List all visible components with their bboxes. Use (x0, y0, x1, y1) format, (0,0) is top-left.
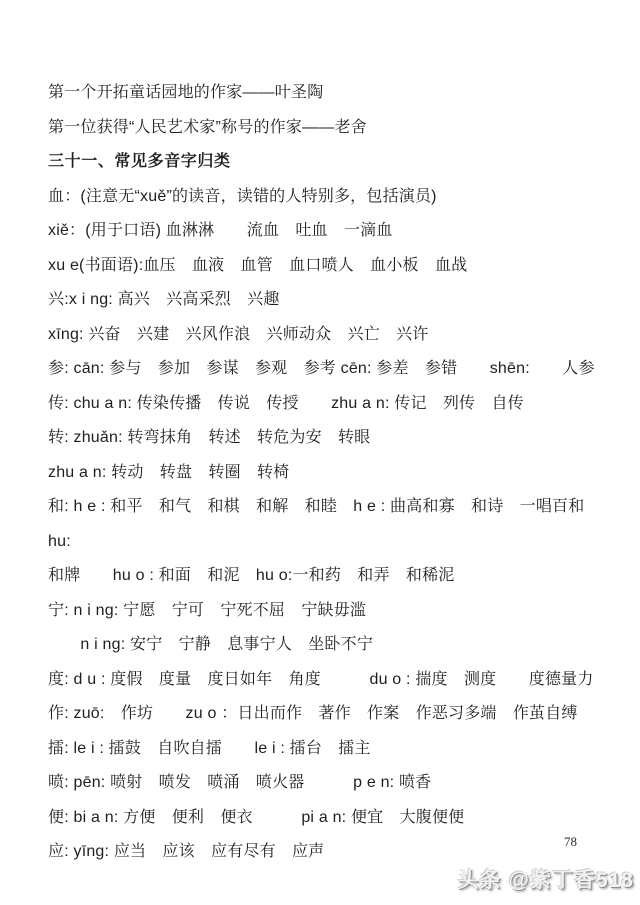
document-content: 第一个开拓童话园地的作家——叶圣陶 第一位获得“人民艺术家”称号的作家——老舍 … (0, 0, 640, 870)
entry-bian: 便: bi a n: 方便 便利 便衣 pi a n: 便宜 大腹便便 (48, 801, 610, 836)
entry-ning-2: n i ng: 安宁 宁静 息事宁人 坐卧不宁 (48, 628, 610, 663)
entry-lei: 擂: le i : 擂鼓 自吹自擂 le i : 擂台 擂主 (48, 732, 610, 767)
entry-he-huo: 和牌 hu o : 和面 和泥 hu o:一和药 和弄 和稀泥 (48, 559, 610, 594)
entry-xue-xie: xiě：(用于口语) 血淋淋 流血 吐血 一滴血 (48, 214, 610, 249)
page-number: 78 (564, 834, 577, 850)
entry-xue-note: 血：(注意无“xuě”的读音，读错的人特别多，包括演员) (48, 180, 610, 215)
entry-can: 参: cān: 参与 参加 参谋 参观 参考 cēn: 参差 参错 shēn: … (48, 352, 610, 387)
entry-ning-4: 宁: n i ng: 宁愿 宁可 宁死不屈 宁缺毋滥 (48, 594, 610, 629)
entry-xing-4: 兴:x i ng: 高兴 兴高采烈 兴趣 (48, 283, 610, 318)
entry-zhuan-4: zhu a n: 转动 转盘 转圈 转椅 (48, 456, 610, 491)
intro-line-author-peoples-artist: 第一位获得“人民艺术家”称号的作家——老舍 (48, 111, 610, 146)
entry-pen: 喷: pēn: 喷射 喷发 喷涌 喷火器 p e n: 喷香 (48, 766, 610, 801)
toutiao-watermark: 头条 @紫丁香518 (458, 864, 634, 894)
intro-line-author-fairytale: 第一个开拓童话园地的作家——叶圣陶 (48, 76, 610, 111)
entry-zhuan-3: 转: zhuǎn: 转弯抹角 转述 转危为安 转眼 (48, 421, 610, 456)
entry-du: 度: d u : 度假 度量 度日如年 角度 du o : 揣度 测度 度德量力 (48, 663, 610, 698)
section-title: 三十一、常见多音字归类 (48, 145, 610, 180)
entry-chuan: 传: chu a n: 传染传播 传说 传授 zhu a n: 传记 列传 自传 (48, 387, 610, 422)
entry-zuo: 作: zuō: 作坊 zu o ：日出而作 著作 作案 作恶习多端 作茧自缚 (48, 697, 610, 732)
entry-he: 和: h e : 和平 和气 和棋 和解 和睦 h e : 曲高和寡 和诗 一唱… (48, 490, 610, 559)
entry-xue-xue: xu e(书面语):血压 血液 血管 血口喷人 血小板 血战 (48, 249, 610, 284)
entry-xing-1: xīng: 兴奋 兴建 兴风作浪 兴师动众 兴亡 兴许 (48, 318, 610, 353)
document-page: 第一个开拓童话园地的作家——叶圣陶 第一位获得“人民艺术家”称号的作家——老舍 … (0, 0, 640, 905)
